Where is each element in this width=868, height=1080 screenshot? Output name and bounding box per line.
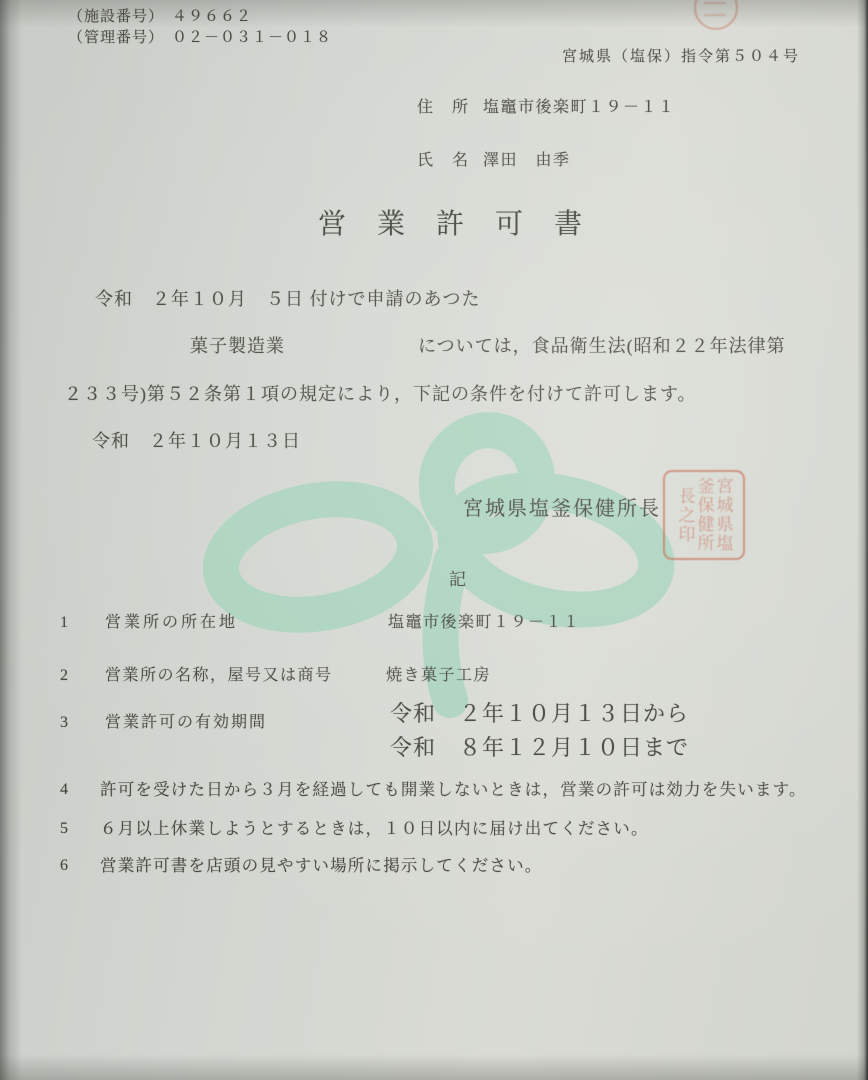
- facility-number-label: （施設番号）: [68, 8, 164, 27]
- address-label: 住 所: [417, 98, 470, 118]
- seal-column-1: 宮城県塩: [715, 477, 732, 553]
- item-6-number: 6: [60, 856, 68, 876]
- item-4-number: 4: [60, 780, 68, 800]
- page-title: 営業許可書: [318, 207, 613, 242]
- official-square-seal: 宮城県塩 釜保健所 長之印: [663, 470, 745, 560]
- issuer-title: 宮城県塩釜保健所長: [463, 497, 661, 522]
- business-type: 菓子製造業: [190, 335, 285, 358]
- seal-column-2: 釜保健所: [696, 477, 713, 553]
- item-2-value: 焼き菓子工房: [386, 666, 491, 686]
- item-1-label: 営業所の所在地: [105, 613, 238, 633]
- item-5-number: 5: [60, 819, 68, 839]
- directive-number: 宮城県（塩保）指令第５０４号: [562, 48, 800, 67]
- item-5-text: ６月以上休業しようとするときは，１０日以内に届け出てください。: [100, 819, 649, 840]
- round-stamp-marks: [704, 2, 726, 16]
- item-3-label: 営業許可の有効期間: [105, 713, 267, 733]
- facility-number-value: ４９６６２: [172, 8, 252, 27]
- item-3-number: 3: [60, 713, 68, 733]
- law-text-line2: ２３３号)第５２条第１項の規定により，下記の条件を付けて許可します。: [64, 383, 697, 406]
- application-date-line: 令和 ２年１０月 ５日 付けで申請のあつた: [95, 288, 481, 311]
- seal-column-3: 長之印: [677, 487, 694, 544]
- record-heading: 記: [449, 569, 466, 590]
- name-label: 氏 名: [417, 151, 470, 171]
- item-3-valid-to: 令和 ８年１２月１０日まで: [390, 734, 689, 762]
- item-1-value: 塩竈市後楽町１９－１１: [388, 613, 581, 633]
- name-value: 澤田 由季: [483, 151, 571, 171]
- item-1-number: 1: [60, 613, 68, 633]
- issue-date: 令和 ２年１０月１３日: [92, 430, 301, 453]
- business-license-document: （施設番号） ４９６６２ （管理番号） ０２－０３１－０１８ 宮城県（塩保）指令…: [0, 0, 868, 1080]
- law-text-line1: については，食品衛生法(昭和２２年法律第: [418, 335, 786, 358]
- management-number-value: ０２－０３１－０１８: [172, 29, 332, 48]
- item-3-valid-from: 令和 ２年１０月１３日から: [390, 700, 689, 728]
- management-number-label: （管理番号）: [68, 29, 164, 48]
- item-2-number: 2: [60, 666, 68, 686]
- address-value: 塩竈市後楽町１９－１１: [483, 98, 676, 118]
- item-4-text: 許可を受けた日から３月を経過しても開業しないときは，営業の許可は効力を失います。: [100, 780, 807, 801]
- item-2-label: 営業所の名称，屋号又は商号: [105, 666, 333, 686]
- item-6-text: 営業許可書を店頭の見やすい場所に掲示してください。: [100, 856, 543, 877]
